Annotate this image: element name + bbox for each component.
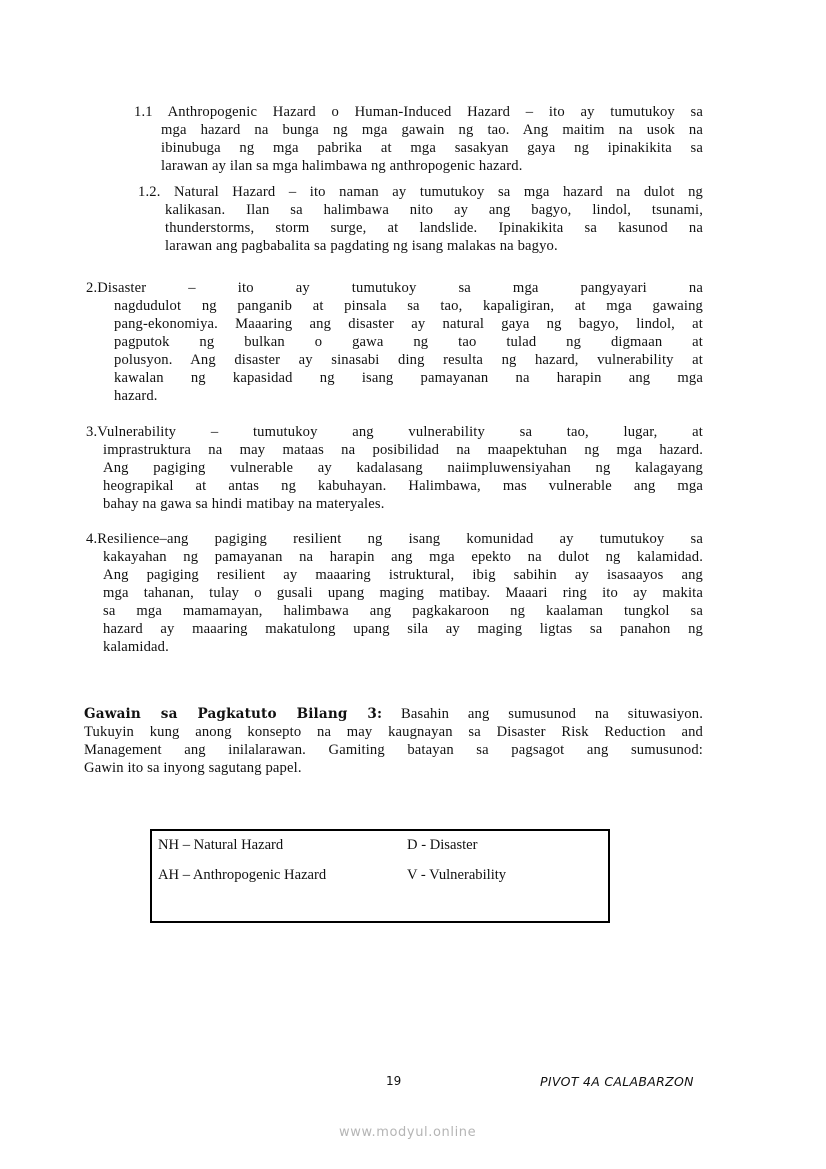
text-line: mga hazard na bunga ng mga gawain ng tao… [134, 121, 703, 139]
activity-intro: Basahin ang sumusunod na situwasiyon. [382, 706, 703, 722]
answer-key-legend: NH – Natural Hazard D - Disaster AH – An… [150, 829, 610, 923]
legend-item-vulnerability: V - Vulnerability [407, 867, 506, 884]
text-line: Gawain sa Pagkatuto Bilang 3: Basahin an… [84, 705, 703, 723]
legend-item-natural-hazard: NH – Natural Hazard [158, 837, 283, 854]
text-line: Tukuyin kung anong konsepto na may kaugn… [84, 723, 703, 741]
text-line: pang-ekonomiya. Maaaring ang disaster ay… [86, 315, 703, 333]
legend-item-disaster: D - Disaster [407, 837, 478, 854]
activity-heading: Gawain sa Pagkatuto Bilang 3: [84, 706, 382, 722]
text-line: Ang pagiging vulnerable ay kadalasang na… [86, 459, 703, 477]
text-line: kawalan ng kapasidad ng isang pamayanan … [86, 369, 703, 387]
text-line: ibinubuga ng mga pabrika at mga sasakyan… [134, 139, 703, 157]
text-line: kakayahan ng pamayanan na harapin ang mg… [86, 548, 703, 566]
text-line: Ang pagiging resilient ay maaaring istru… [86, 566, 703, 584]
text-line: nagdudulot ng panganib at pinsala sa tao… [86, 297, 703, 315]
text-line: bahay na gawa sa hindi matibay na matery… [86, 495, 703, 513]
legend-item-anthropogenic-hazard: AH – Anthropogenic Hazard [158, 867, 326, 884]
text-line: pagputok ng bulkan o gawa ng tao tulad n… [86, 333, 703, 351]
page-number: 19 [386, 1074, 401, 1088]
definition-disaster: 2.Disaster – ito ay tumutukoy sa mga pan… [86, 279, 703, 405]
text-line: mga tahanan, tulay o gusali upang maging… [86, 584, 703, 602]
document-page: 1.1 Anthropogenic Hazard o Human-Induced… [0, 0, 826, 1169]
text-line: 2.Disaster – ito ay tumutukoy sa mga pan… [86, 279, 703, 297]
text-line: kalamidad. [86, 638, 703, 656]
text-line: larawan ay ilan sa mga halimbawa ng anth… [134, 157, 703, 175]
text-line: hazard ay maaaring makatulong upang sila… [86, 620, 703, 638]
subsection-natural-hazard: 1.2. Natural Hazard – ito naman ay tumut… [138, 183, 703, 255]
definition-vulnerability: 3.Vulnerability – tumutukoy ang vulnerab… [86, 423, 703, 513]
text-line: polusyon. Ang disaster ay sinasabi ding … [86, 351, 703, 369]
subsection-anthropogenic-hazard: 1.1 Anthropogenic Hazard o Human-Induced… [134, 103, 703, 175]
text-line: heograpikal at antas ng kabuhayan. Halim… [86, 477, 703, 495]
text-line: Management ang inilalarawan. Gamiting ba… [84, 741, 703, 759]
footer-brand: PIVOT 4A CALABARZON [540, 1074, 694, 1089]
text-line: kalikasan. Ilan sa halimbawa nito ay ang… [138, 201, 703, 219]
text-line: 4.Resilience–ang pagiging resilient ng i… [86, 530, 703, 548]
text-line: Gawin ito sa inyong sagutang papel. [84, 759, 703, 777]
text-line: 3.Vulnerability – tumutukoy ang vulnerab… [86, 423, 703, 441]
watermark: www.modyul.online [339, 1125, 476, 1140]
text-line: thunderstorms, storm surge, at landslide… [138, 219, 703, 237]
text-line: sa mga mamamayan, halimbawa ang pagkakar… [86, 602, 703, 620]
definition-resilience: 4.Resilience–ang pagiging resilient ng i… [86, 530, 703, 656]
text-line: 1.1 Anthropogenic Hazard o Human-Induced… [134, 103, 703, 121]
text-line: larawan ang pagbabalita sa pagdating ng … [138, 237, 703, 255]
activity-instructions: Gawain sa Pagkatuto Bilang 3: Basahin an… [84, 705, 703, 777]
text-line: 1.2. Natural Hazard – ito naman ay tumut… [138, 183, 703, 201]
text-line: imprastruktura na may mataas na posibili… [86, 441, 703, 459]
text-line: hazard. [86, 387, 703, 405]
